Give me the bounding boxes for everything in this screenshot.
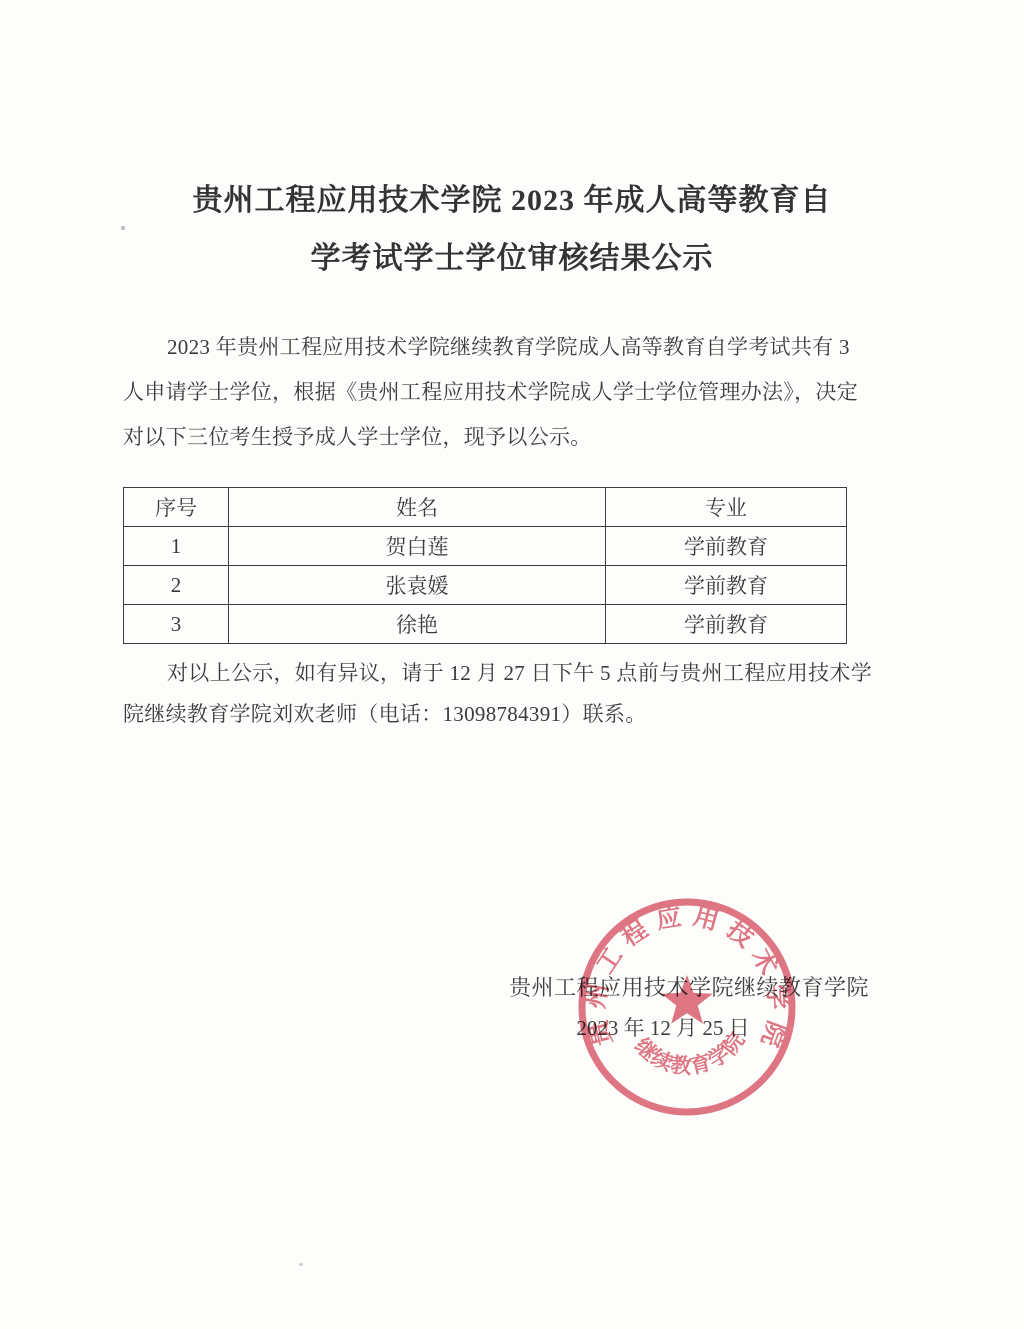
intro-line: 人申请学士学位，根据《贵州工程应用技术学院成人学士学位管理办法》，决定 xyxy=(123,370,849,415)
cell-index: 1 xyxy=(124,527,229,566)
degree-roster-table: 序号 姓名 专业 1 贺白莲 学前教育 2 张袁媛 学前教育 3 徐艳 学前教育 xyxy=(123,487,847,644)
col-header-name: 姓名 xyxy=(229,488,606,527)
cell-major: 学前教育 xyxy=(606,566,847,605)
scanned-announcement-page: 贵州工程应用技术学院 2023 年成人高等教育自 学考试学士学位审核结果公示 2… xyxy=(0,0,1024,1329)
cell-major: 学前教育 xyxy=(606,527,847,566)
closing-line: 对以上公示，如有异议，请于 12 月 27 日下午 5 点前与贵州工程应用技术学 xyxy=(123,653,849,694)
cell-name: 贺白莲 xyxy=(229,527,606,566)
scan-speck xyxy=(121,226,125,230)
intro-line: 2023 年贵州工程应用技术学院继续教育学院成人高等教育自学考试共有 3 xyxy=(123,325,849,370)
intro-line: 对以下三位考生授予成人学士学位，现予以公示。 xyxy=(123,415,849,460)
document-title-line2: 学考试学士学位审核结果公示 xyxy=(0,230,1024,288)
signature-date: 2023 年 12 月 25 日 xyxy=(503,1012,823,1042)
table-header-row: 序号 姓名 专业 xyxy=(124,488,847,527)
cell-name: 张袁媛 xyxy=(229,566,606,605)
document-title-line1: 贵州工程应用技术学院 2023 年成人高等教育自 xyxy=(0,172,1024,230)
intro-paragraph: 2023 年贵州工程应用技术学院继续教育学院成人高等教育自学考试共有 3 人申请… xyxy=(123,325,849,460)
col-header-index: 序号 xyxy=(124,488,229,527)
cell-name: 徐艳 xyxy=(229,605,606,644)
signature-organization: 贵州工程应用技术学院继续教育学院 xyxy=(503,971,875,1002)
cell-major: 学前教育 xyxy=(606,605,847,644)
col-header-major: 专业 xyxy=(606,488,847,527)
closing-paragraph: 对以上公示，如有异议，请于 12 月 27 日下午 5 点前与贵州工程应用技术学… xyxy=(123,653,849,735)
table-row: 2 张袁媛 学前教育 xyxy=(124,566,847,605)
official-seal-stamp: 贵州工程应用技术学院 继续教育学院 xyxy=(572,892,802,1122)
scan-speck xyxy=(299,1263,303,1266)
cell-index: 2 xyxy=(124,566,229,605)
table-row: 3 徐艳 学前教育 xyxy=(124,605,847,644)
table-row: 1 贺白莲 学前教育 xyxy=(124,527,847,566)
closing-line: 院继续教育学院刘欢老师（电话：13098784391）联系。 xyxy=(123,694,849,735)
seal-ring xyxy=(582,902,792,1112)
cell-index: 3 xyxy=(124,605,229,644)
document-title: 贵州工程应用技术学院 2023 年成人高等教育自 学考试学士学位审核结果公示 xyxy=(0,172,1024,288)
